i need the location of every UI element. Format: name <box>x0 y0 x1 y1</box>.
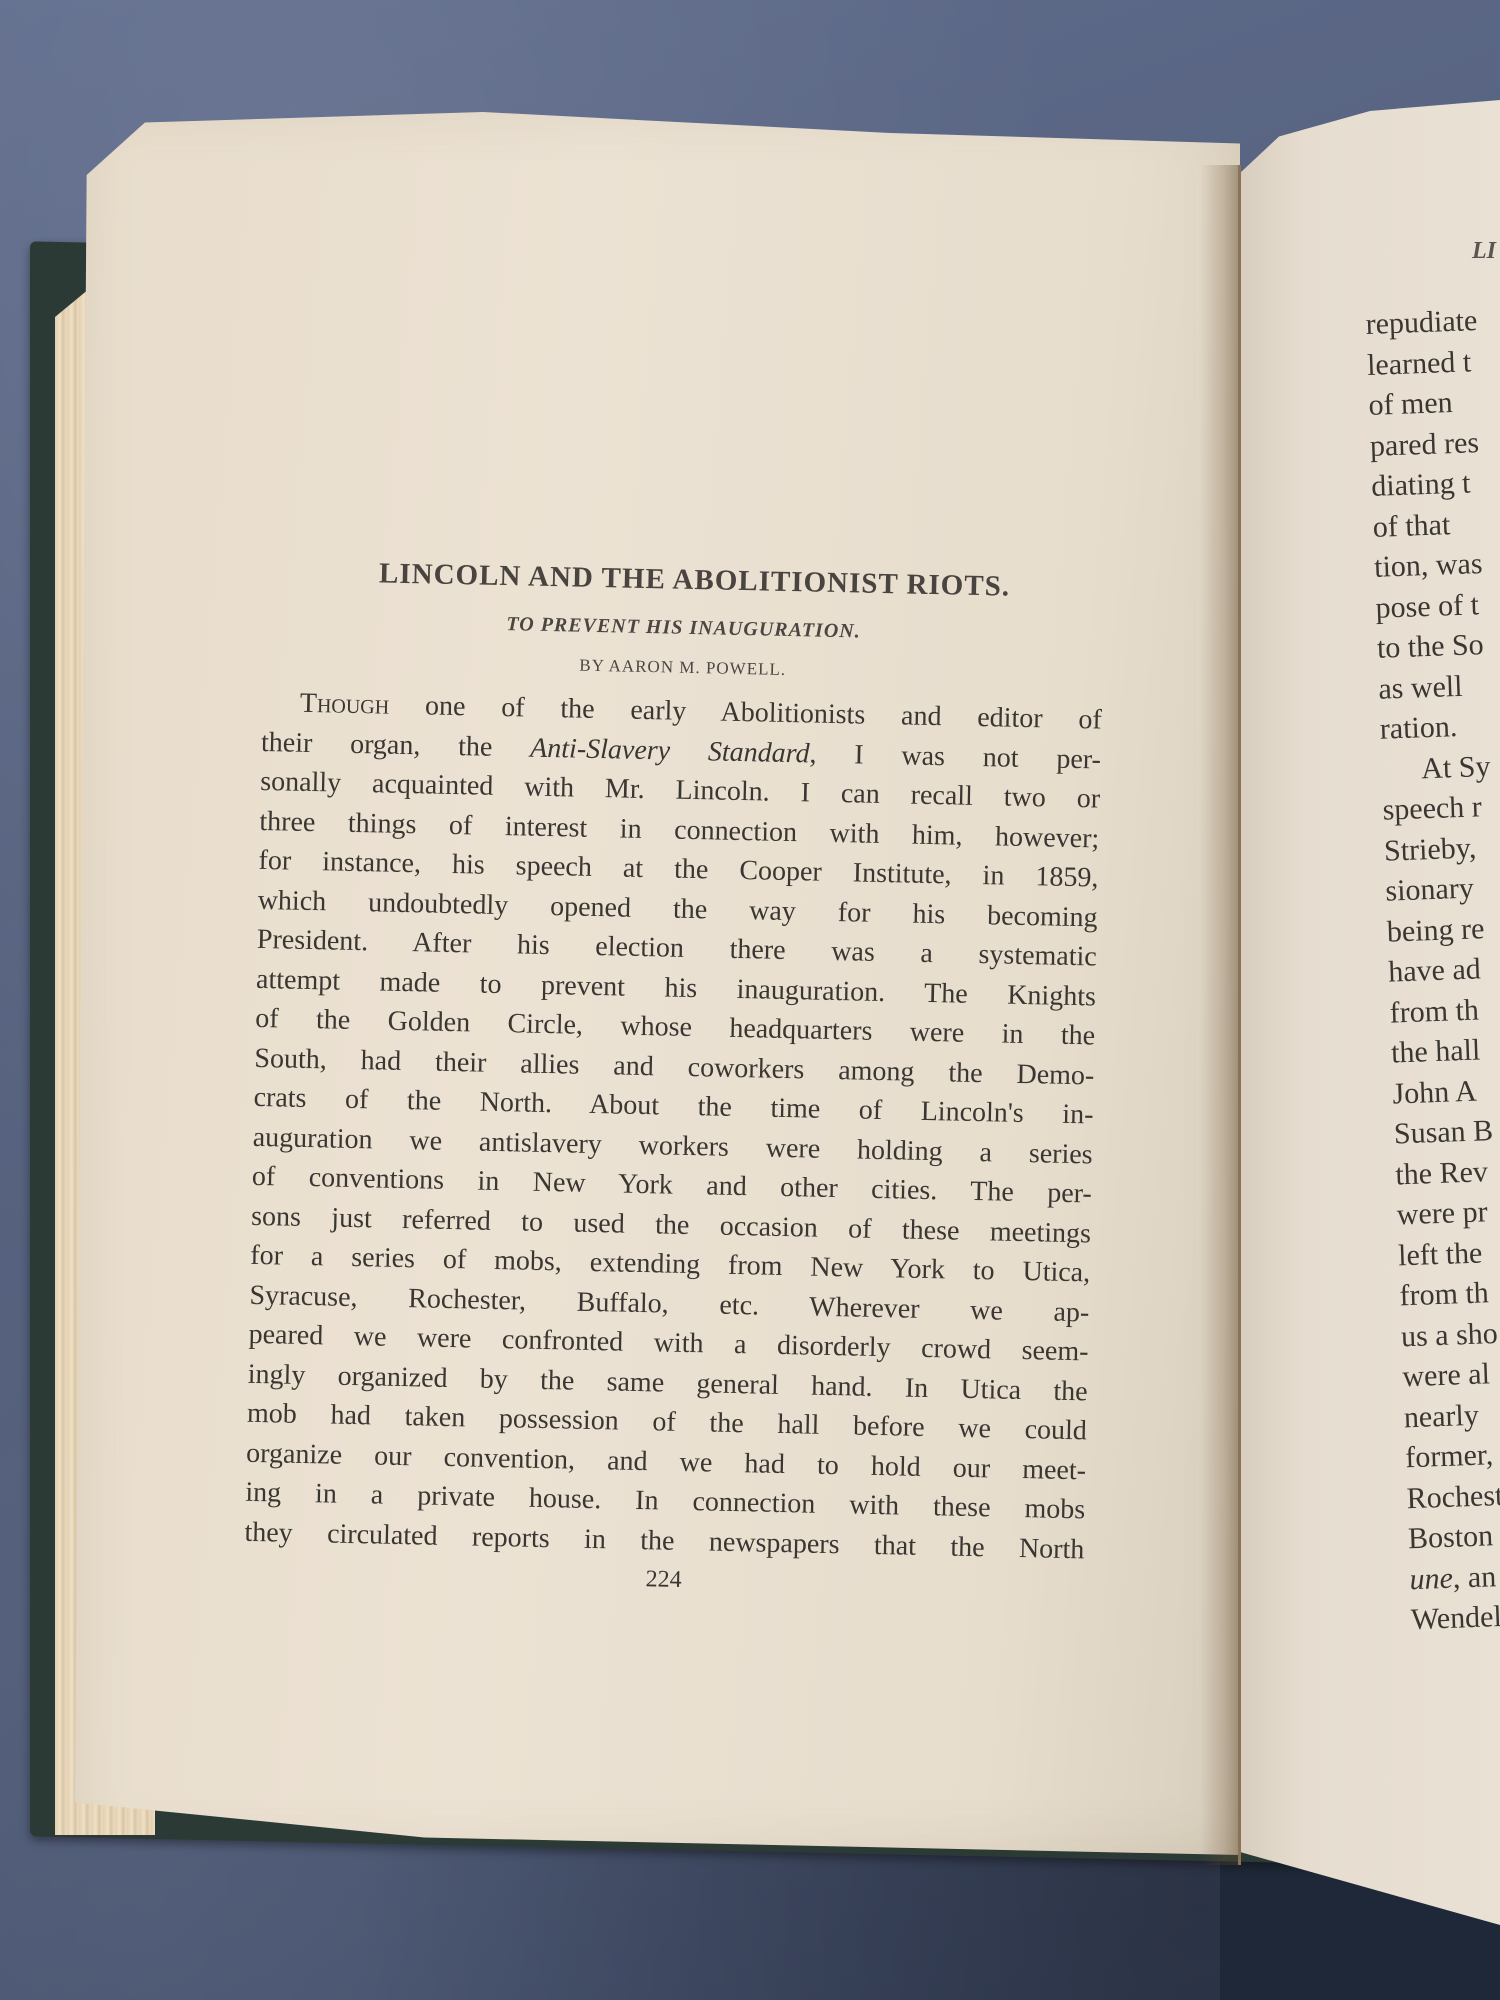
left-page-text: LINCOLN AND THE ABOLITIONIST RIOTS. TO P… <box>243 555 1104 1602</box>
right-body-line: speech r <box>1382 784 1500 831</box>
right-body-line: Boston <box>1407 1512 1500 1559</box>
right-body-line: At Sy <box>1381 743 1500 790</box>
right-body-line: from th <box>1389 986 1500 1033</box>
article-byline: BY AARON M. POWELL. <box>263 649 1103 687</box>
right-body-line: pared res <box>1369 419 1500 466</box>
article-subtitle: TO PREVENT HIS INAUGURATION. <box>263 608 1103 649</box>
periodical-title: Anti-Slavery Standard <box>530 732 810 769</box>
right-body-line: left the <box>1398 1229 1500 1276</box>
right-body-line: former, <box>1405 1431 1500 1478</box>
right-body-line: nearly <box>1403 1391 1500 1438</box>
right-body-line: Strieby, <box>1383 824 1500 871</box>
spine-fold <box>1238 165 1241 1865</box>
right-body-line: of that <box>1372 500 1500 547</box>
right-body-line: being re <box>1386 905 1500 952</box>
right-body-line: Rochest <box>1406 1472 1500 1519</box>
right-body-line: Susan B <box>1393 1108 1500 1155</box>
right-body-line: sionary <box>1385 865 1500 912</box>
right-body-line: Wendel <box>1410 1593 1500 1640</box>
right-body-line: as well <box>1378 662 1500 709</box>
right-body-line: pose of t <box>1375 581 1500 628</box>
right-body-line: the Rev <box>1395 1148 1500 1195</box>
right-body-line: John A <box>1392 1067 1500 1114</box>
lead-small-caps: Though <box>300 688 390 721</box>
right-body-line: from th <box>1399 1269 1500 1316</box>
right-body-line: tion, was <box>1373 541 1500 588</box>
right-body-line: diating t <box>1371 460 1500 507</box>
right-body-line: une, an <box>1409 1553 1500 1600</box>
right-body-line: us a sho <box>1400 1310 1500 1357</box>
book-gutter <box>1200 165 1240 1865</box>
right-body-line: of men <box>1368 379 1500 426</box>
right-body-line: have ad <box>1388 946 1500 993</box>
right-running-header: LI <box>1472 238 1496 265</box>
right-body-line: repudiate <box>1365 298 1500 345</box>
right-body-line: learned t <box>1366 338 1500 385</box>
right-body-line: ration. <box>1379 703 1500 750</box>
right-body-line: to the So <box>1376 622 1500 669</box>
right-body-line: were al <box>1402 1350 1500 1397</box>
right-body-line: were pr <box>1396 1188 1500 1235</box>
right-body-line: the hall <box>1390 1027 1500 1074</box>
